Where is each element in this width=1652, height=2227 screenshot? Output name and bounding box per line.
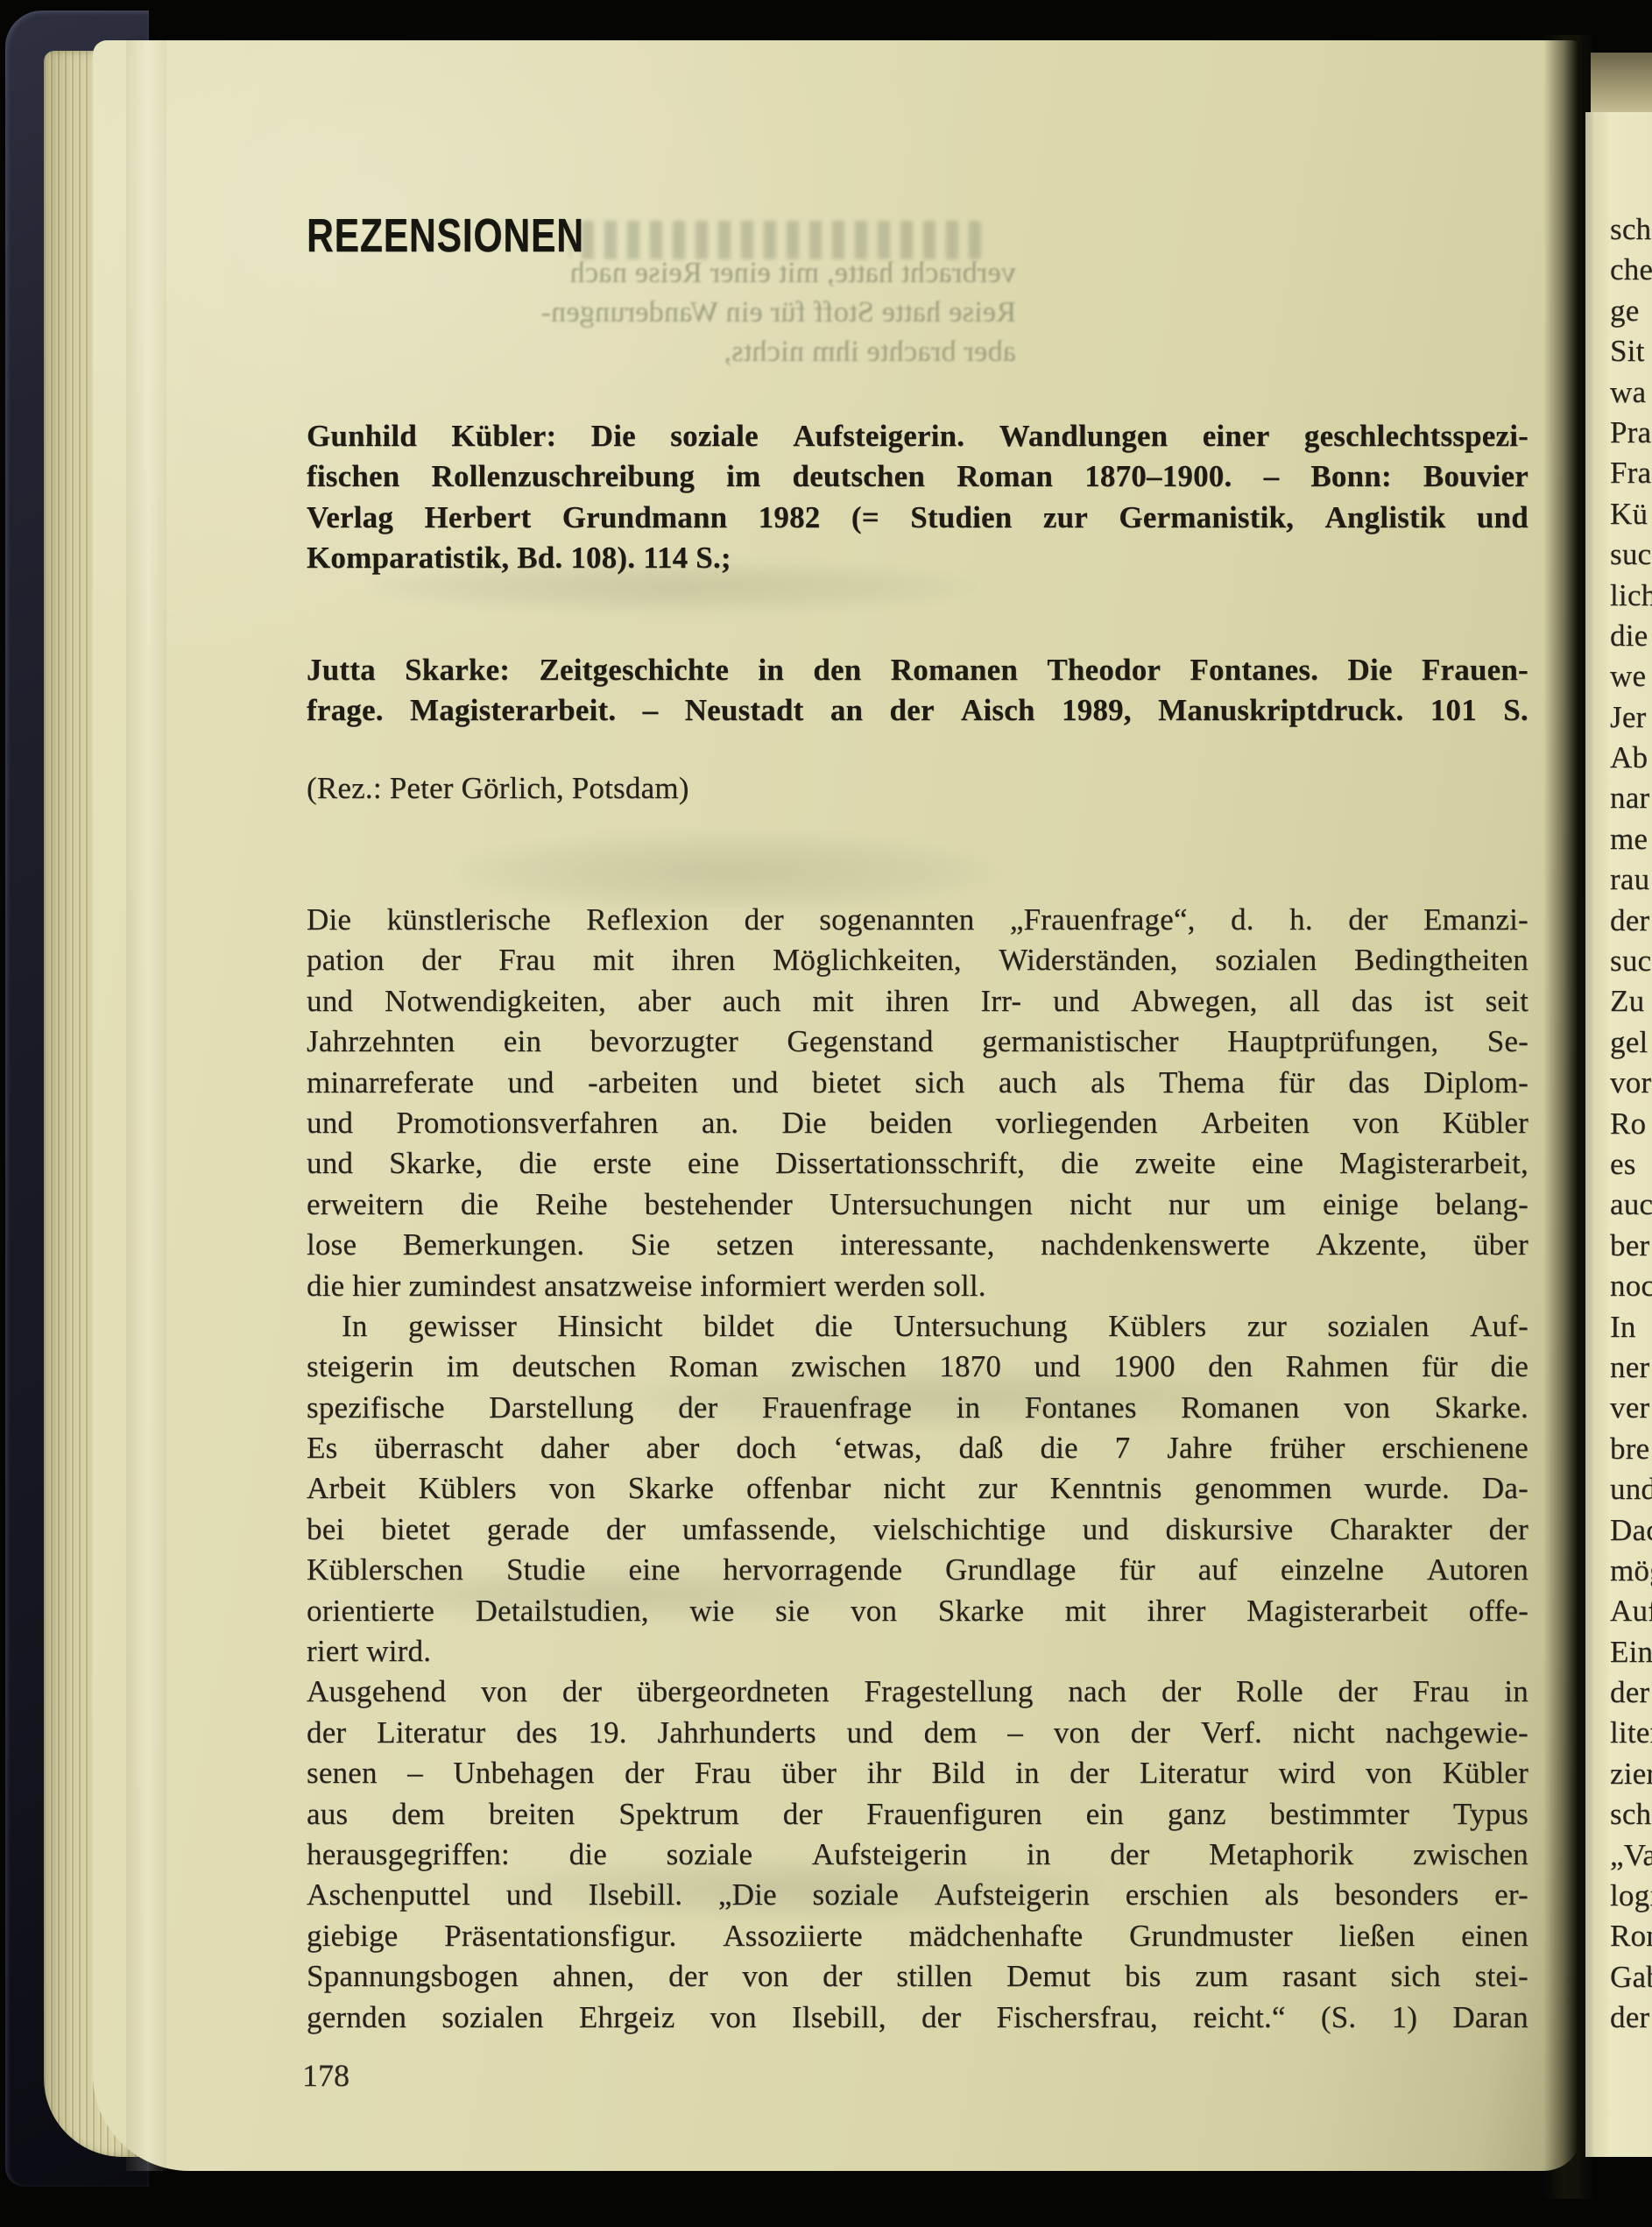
text-line: wa — [1610, 375, 1652, 415]
text-line: DiekünstlerischeReflexiondersogenannten„… — [307, 902, 1528, 943]
text-line: riert wird. — [307, 1634, 1528, 1674]
text-line: zier — [1610, 1757, 1652, 1797]
book-photo: verbracht hatte, mit einer Reise nachRei… — [0, 0, 1652, 2227]
text-line: In — [1610, 1310, 1652, 1350]
text-line: VerlagHerbertGrundmann1982(=StudienzurGe… — [307, 500, 1528, 541]
text-line: Kü — [1610, 497, 1652, 537]
text-line: lich — [1610, 578, 1652, 619]
text-line: orientierteDetailstudien,wiesievonSkarke… — [307, 1594, 1528, 1634]
text-line: herausgegriffen:diesozialeAufsteigerinin… — [307, 1837, 1528, 1877]
text-line: Ro — [1610, 1106, 1652, 1147]
text-line: logi — [1610, 1878, 1652, 1919]
text-line: undSkarke,dieersteeineDissertationsschri… — [307, 1146, 1528, 1186]
text-line: Spannungsbogenahnen,dervonderstillenDemu… — [307, 1959, 1528, 1999]
reviewer-line: (Rez.: Peter Görlich, Potsdam) — [307, 771, 1528, 806]
text-line: minarreferateund-arbeitenundbietetsichau… — [307, 1065, 1528, 1106]
text-line: me — [1610, 822, 1652, 862]
text-line: schl — [1610, 1797, 1652, 1837]
text-line: Pra — [1610, 415, 1652, 456]
text-line: mög — [1610, 1553, 1652, 1594]
text-line: der — [1610, 903, 1652, 944]
text-line: aber brachte ihm nichts, — [289, 335, 1016, 374]
text-line: pationderFraumitihrenMöglichkeiten,Wider… — [307, 943, 1528, 983]
text-line: gerndensozialenEhrgeizvonIlsebill,derFis… — [307, 2000, 1528, 2040]
text-line: Zu — [1610, 984, 1652, 1024]
text-line: die hier zumindest ansatzweise informier… — [307, 1269, 1528, 1309]
text-line: Komparatistik, Bd. 108). 114 S.; — [307, 541, 1528, 581]
bibliography-entry-kuebler: GunhildKübler:DiesozialeAufsteigerin.Wan… — [307, 419, 1528, 582]
text-line: Ein — [1610, 1635, 1652, 1675]
text-line: undNotwendigkeiten,aberauchmitihrenIrr-u… — [307, 984, 1528, 1024]
text-line: bre — [1610, 1432, 1652, 1472]
text-line: ge — [1610, 293, 1652, 334]
text-line: Gab — [1610, 1960, 1652, 2000]
section-heading: REZENSIONEN — [307, 209, 584, 263]
bleedthrough-text: verbracht hatte, mit einer Reise nachRei… — [289, 256, 1016, 374]
text-line: vor — [1610, 1065, 1652, 1106]
text-line: IngewisserHinsichtbildetdieUntersuchungK… — [307, 1309, 1528, 1349]
text-line: Dac — [1610, 1513, 1652, 1553]
text-line: ber — [1610, 1228, 1652, 1269]
text-line: es — [1610, 1147, 1652, 1187]
text-line: der — [1610, 1675, 1652, 1715]
text-line: JahrzehnteneinbevorzugterGegenstandgerma… — [307, 1024, 1528, 1064]
facing-page-text-fragments: schchegeSitwaPraFraKüsuclichdieweJerAbna… — [1610, 212, 1652, 2041]
text-line: Jer — [1610, 700, 1652, 740]
text-line: beibietetgeradederumfassende,vielschicht… — [307, 1512, 1528, 1552]
bleedthrough-heading-smudge — [569, 221, 981, 259]
text-line: ArbeitKüblersvonSkarkeoffenbarnichtzurKe… — [307, 1471, 1528, 1511]
text-line: gel — [1610, 1025, 1652, 1065]
text-line: GunhildKübler:DiesozialeAufsteigerin.Wan… — [307, 419, 1528, 459]
text-line: steigerinimdeutschenRomanzwischen1870und… — [307, 1349, 1528, 1389]
text-line: suc — [1610, 537, 1652, 577]
text-line: JuttaSkarke:ZeitgeschichteindenRomanenTh… — [307, 653, 1528, 693]
text-line: erweiterndieReihebestehenderUntersuchung… — [307, 1187, 1528, 1227]
text-line: Ab — [1610, 740, 1652, 781]
text-line: derLiteraturdes19.Jahrhundertsunddem–von… — [307, 1715, 1528, 1756]
text-line: Esüberraschtdaheraberdoch‘etwas,daßdie7J… — [307, 1431, 1528, 1471]
review-body-text: DiekünstlerischeReflexiondersogenannten„… — [307, 902, 1528, 2040]
text-line: auc — [1610, 1187, 1652, 1227]
text-line: „Va — [1610, 1838, 1652, 1878]
text-line: Sit — [1610, 334, 1652, 374]
facing-page-top-edge — [1591, 53, 1652, 119]
text-line: AusgehendvonderübergeordnetenFragestellu… — [307, 1674, 1528, 1714]
text-line: liter — [1610, 1715, 1652, 1756]
text-line: noc — [1610, 1269, 1652, 1309]
text-line: spezifischeDarstellungderFrauenfrageinFo… — [307, 1390, 1528, 1431]
text-line: Reise hatte Stoff für ein Wanderungen- — [289, 295, 1016, 335]
text-line: ver — [1610, 1390, 1652, 1431]
text-line: Auf — [1610, 1594, 1652, 1634]
text-line: ner — [1610, 1350, 1652, 1390]
text-line: giebigePräsentationsfigur.Assoziiertemäd… — [307, 1919, 1528, 1959]
text-line: senen–UnbehagenderFrauüberihrBildinderLi… — [307, 1756, 1528, 1796]
text-line: frage.Magisterarbeit.–NeustadtanderAisch… — [307, 693, 1528, 733]
text-line: Ron — [1610, 1919, 1652, 1959]
text-line: der — [1610, 2000, 1652, 2040]
text-line: rau — [1610, 862, 1652, 902]
text-line: sch — [1610, 212, 1652, 252]
text-line: nar — [1610, 781, 1652, 821]
text-line: AschenputtelundIlsebill.„DiesozialeAufst… — [307, 1877, 1528, 1918]
text-line: KüblerschenStudieeinehervorragendeGrundl… — [307, 1552, 1528, 1593]
text-line: che — [1610, 252, 1652, 293]
page-number: 178 — [302, 2057, 349, 2094]
bibliography-entry-skarke: JuttaSkarke:ZeitgeschichteindenRomanenTh… — [307, 653, 1528, 734]
text-line: fischenRollenzuschreibungimdeutschenRoma… — [307, 459, 1528, 499]
text-line: loseBemerkungen.Siesetzeninteressante,na… — [307, 1227, 1528, 1268]
text-line: und — [1610, 1472, 1652, 1512]
text-line: Fra — [1610, 456, 1652, 496]
text-line: ausdembreitenSpektrumderFrauenfigurenein… — [307, 1797, 1528, 1837]
text-line: suc — [1610, 944, 1652, 984]
bleedthrough-smudge — [455, 832, 999, 911]
text-line: die — [1610, 619, 1652, 659]
text-line: we — [1610, 659, 1652, 699]
text-line: undPromotionsverfahrenan.Diebeidenvorlie… — [307, 1106, 1528, 1146]
